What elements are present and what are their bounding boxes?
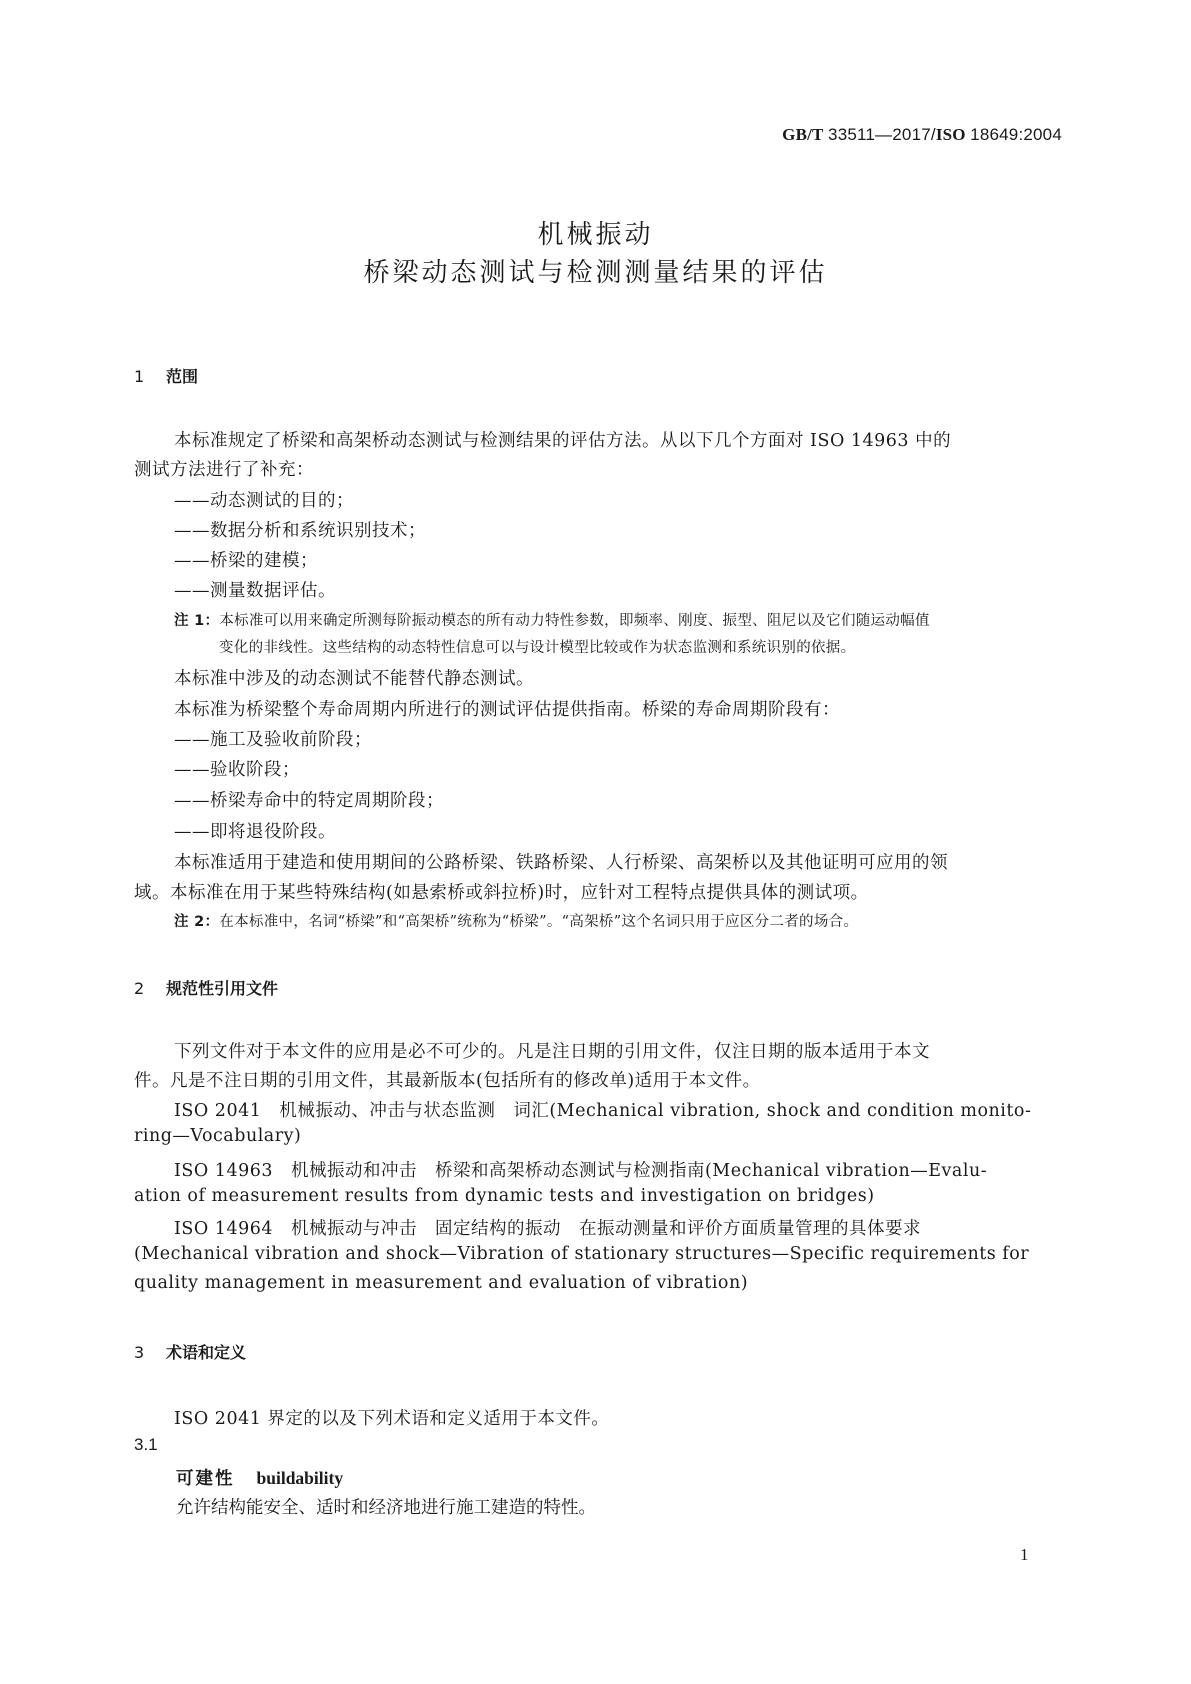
list-item: ——施工及验收前阶段； [174,726,372,751]
term-number: 3.1 [134,1435,158,1455]
iso-prefix: ISO [936,125,966,144]
note-label: 注 1： [174,613,219,629]
section-number: 2 [134,979,166,998]
term-heading: 可建性buildability [176,1465,343,1490]
reference-iso-14963-line-1: ISO 14963 机械振动和冲击 桥梁和高架桥动态测试与检测指南(Mechan… [174,1157,987,1182]
section-title: 术语和定义 [166,1343,246,1362]
list-item: ——桥梁寿命中的特定周期阶段； [174,787,444,812]
standard-number: 33511—2017/ [828,125,936,144]
scope-intro-line-2: 测试方法进行了补充： [134,456,314,481]
section-2-heading: 2规范性引用文件 [134,976,278,999]
section-number: 3 [134,1343,166,1362]
list-item: ——数据分析和系统识别技术； [174,517,426,542]
reference-iso-14964-line-3: quality management in measurement and ev… [134,1273,748,1293]
term-english: buildability [257,1468,344,1488]
reference-iso-2041-line-1: ISO 2041 机械振动、冲击与状态监测 词汇(Mechanical vibr… [174,1097,1031,1122]
iso-number: 18649:2004 [970,125,1062,144]
note-label: 注 2： [174,914,219,930]
references-intro-line-2: 件。凡是不注日期的引用文件，其最新版本(包括所有的修改单)适用于本文件。 [134,1067,761,1092]
note-1: 注 1：本标准可以用来确定所测每阶振动模态的所有动力特性参数，即频率、刚度、振型… [174,609,930,630]
scope-paragraph-4-line-1: 本标准适用于建造和使用期间的公路桥梁、铁路桥梁、人行桥梁、高架桥以及其他证明可应… [174,849,948,874]
list-item: ——测量数据评估。 [174,577,336,602]
term-chinese: 可建性 [176,1469,235,1489]
scope-intro-line-1: 本标准规定了桥梁和高架桥动态测试与检测结果的评估方法。从以下几个方面对 ISO … [174,427,951,452]
list-item: ——验收阶段； [174,756,300,781]
note-text: 本标准可以用来确定所测每阶振动模态的所有动力特性参数，即频率、刚度、振型、阻尼以… [219,613,929,629]
standard-number-header: GB/T 33511—2017/ISO 18649:2004 [782,125,1062,145]
term-definition: 允许结构能安全、适时和经济地进行施工建造的特性。 [176,1494,596,1519]
section-title: 范围 [166,367,198,386]
reference-iso-14964-line-2: (Mechanical vibration and shock—Vibratio… [134,1244,1029,1264]
list-item: ——即将退役阶段。 [174,818,336,843]
list-item: ——桥梁的建模； [174,547,318,572]
title-line-2: 桥梁动态测试与检测测量结果的评估 [0,252,1191,289]
list-item: ——动态测试的目的； [174,487,354,512]
title-line-1: 机械振动 [0,214,1191,251]
terms-intro: ISO 2041 界定的以及下列术语和定义适用于本文件。 [174,1405,609,1430]
reference-iso-14964-line-1: ISO 14964 机械振动与冲击 固定结构的振动 在振动测量和评价方面质量管理… [174,1215,921,1240]
note-text: 在本标准中，名词“桥梁”和“高架桥”统称为“桥梁”。“高架桥”这个名词只用于应区… [219,914,858,930]
note-1-continuation: 变化的非线性。这些结构的动态特性信息可以与设计模型比较或作为状态监测和系统识别的… [219,636,855,657]
scope-paragraph-4-line-2: 域。本标准在用于某些特殊结构(如悬索桥或斜拉桥)时，应针对工程特点提供具体的测试… [134,879,869,904]
page-number: 1 [1020,1545,1029,1565]
scope-paragraph-2: 本标准中涉及的动态测试不能替代静态测试。 [174,665,534,690]
section-title: 规范性引用文件 [166,979,278,998]
section-number: 1 [134,367,166,386]
references-intro-line-1: 下列文件对于本文件的应用是必不可少的。凡是注日期的引用文件，仅注日期的版本适用于… [174,1038,930,1063]
section-1-heading: 1范围 [134,364,198,387]
section-3-heading: 3术语和定义 [134,1340,246,1363]
standard-prefix: GB/T [782,125,823,144]
note-2: 注 2：在本标准中，名词“桥梁”和“高架桥”统称为“桥梁”。“高架桥”这个名词只… [174,910,858,931]
scope-paragraph-3: 本标准为桥梁整个寿命周期内所进行的测试评估提供指南。桥梁的寿命周期阶段有： [174,696,840,721]
reference-iso-14963-line-2: ation of measurement results from dynami… [134,1186,875,1206]
reference-iso-2041-line-2: ring—Vocabulary) [134,1126,301,1146]
